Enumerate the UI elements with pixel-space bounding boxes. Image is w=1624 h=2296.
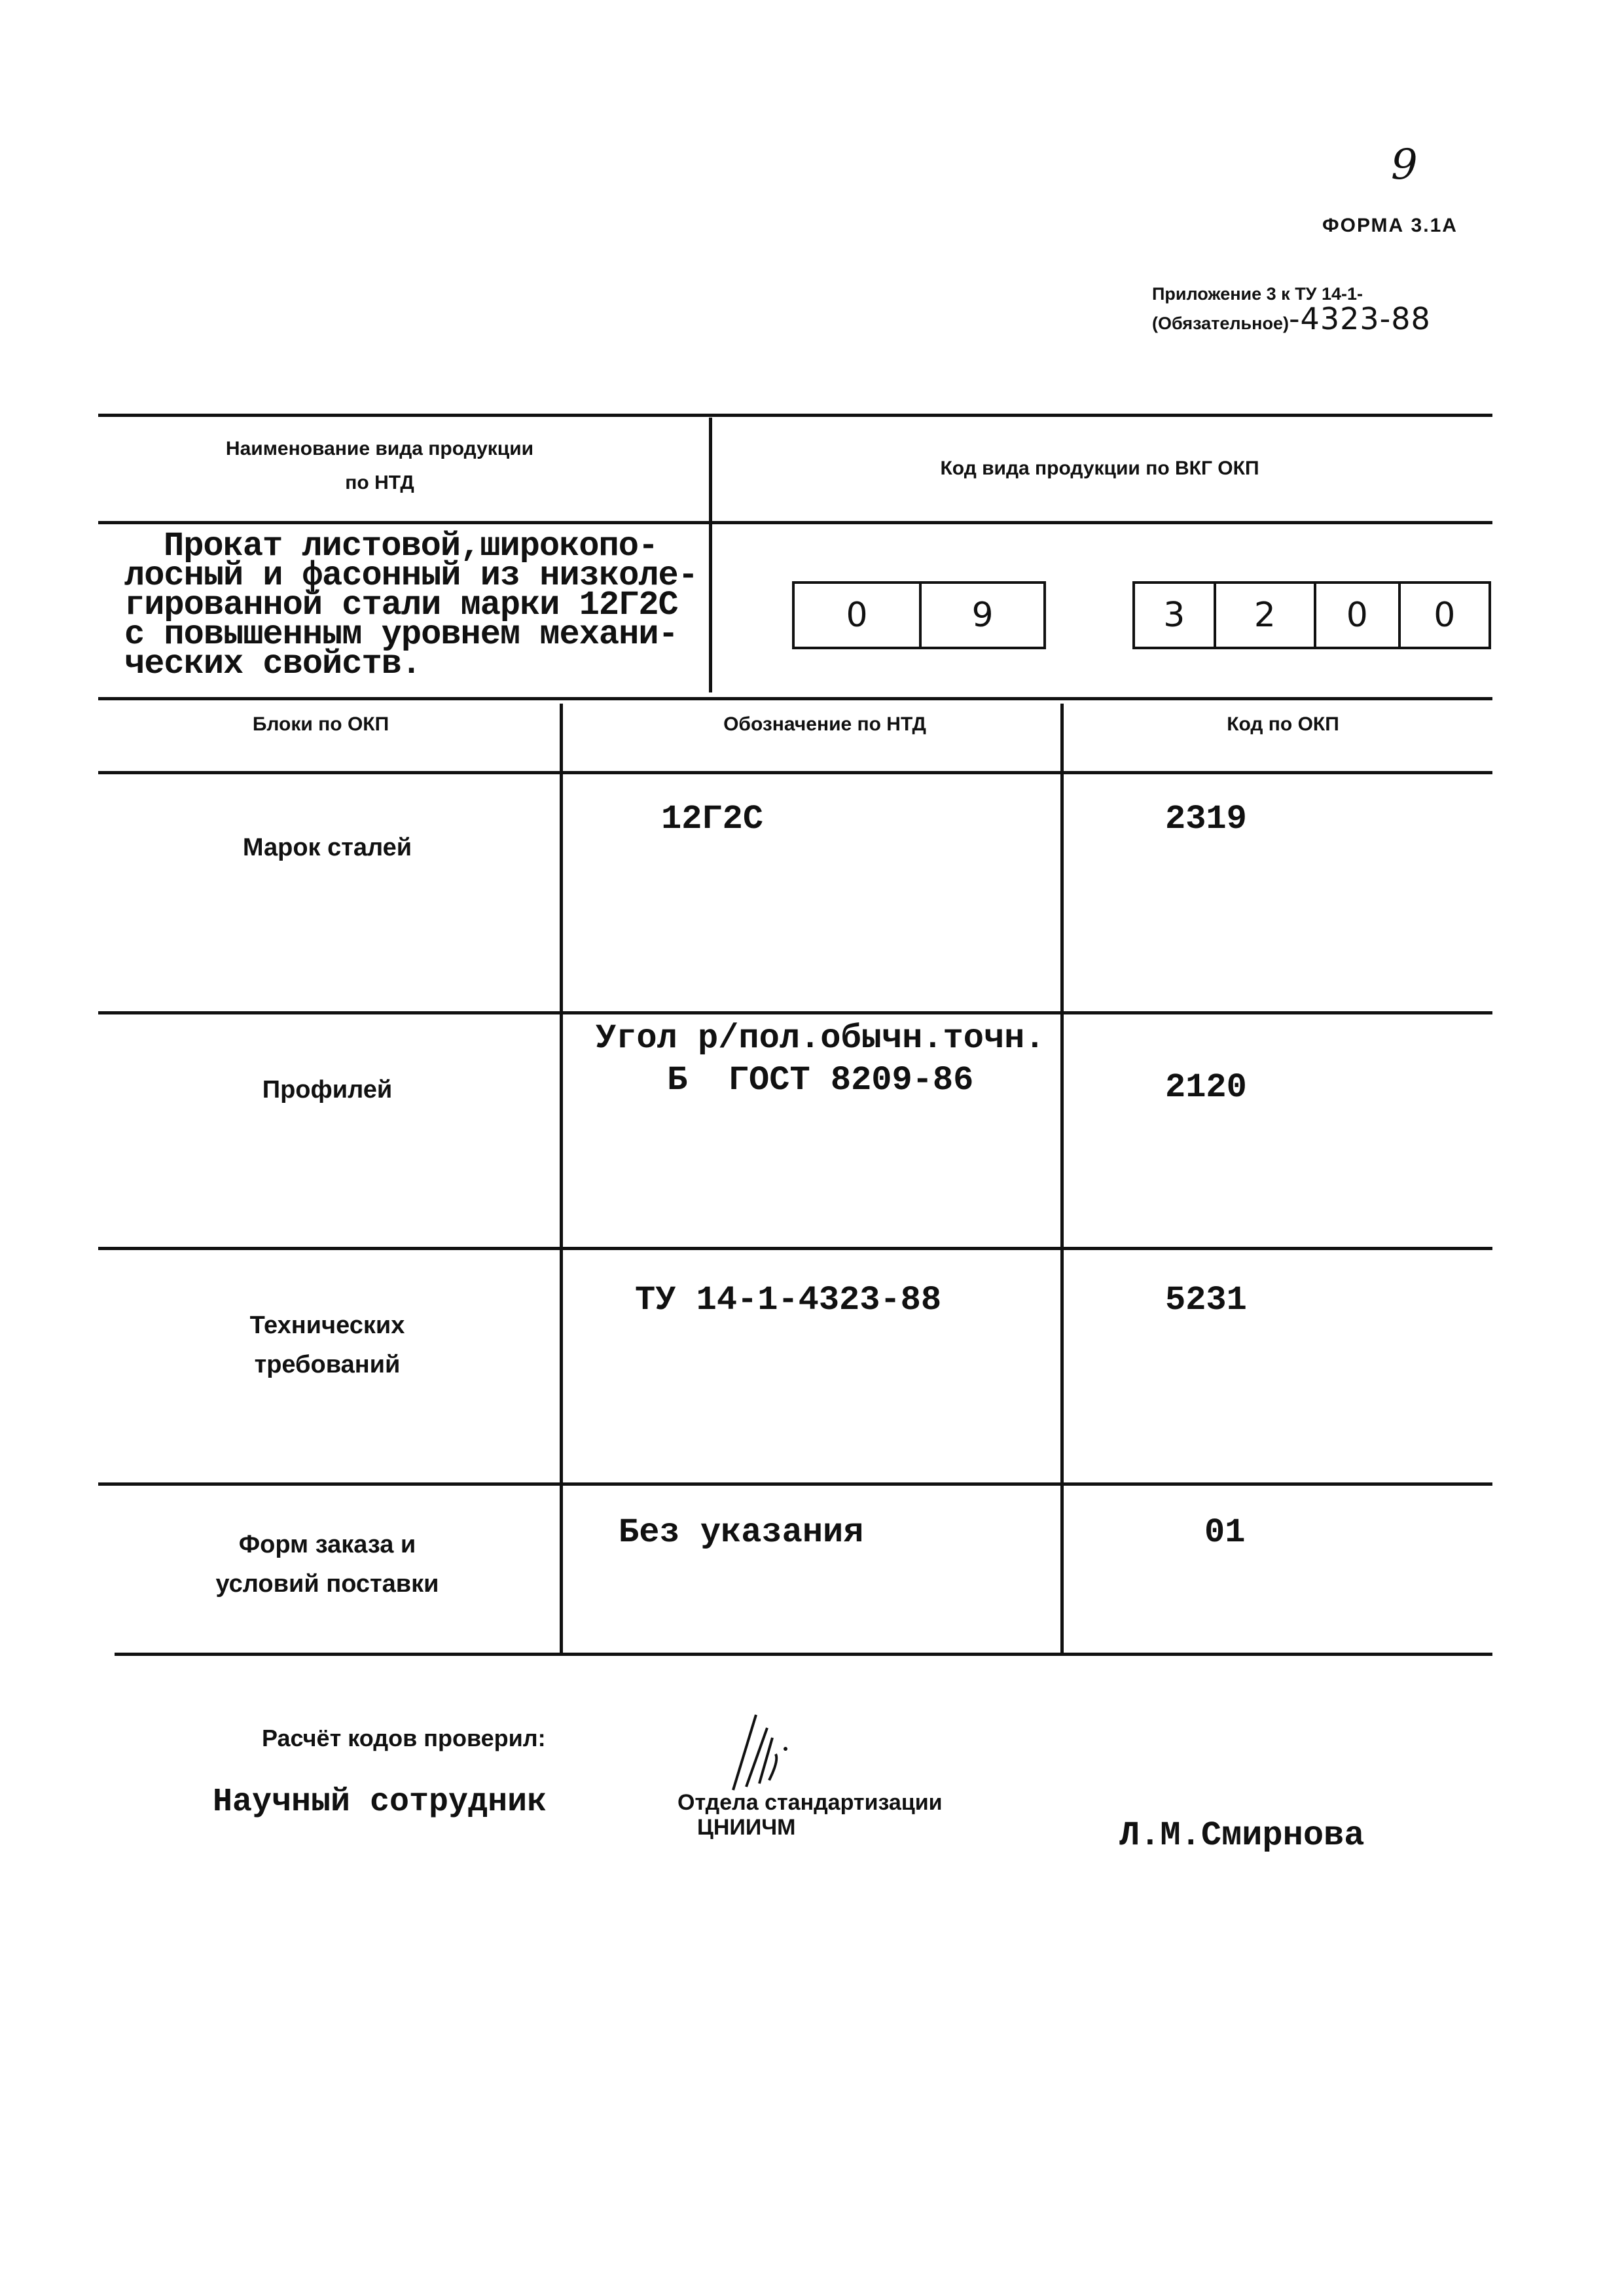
appendix-reference: Приложение 3 к ТУ 14-1- (Обязательное)-4… [1152, 281, 1431, 336]
column-divider-1 [560, 704, 563, 1656]
code-profile: 2120 [1165, 1067, 1247, 1109]
code-group-2: 3 2 0 0 [1132, 581, 1491, 649]
page-number: 9 [1391, 141, 1418, 189]
code-digit: 0 [1316, 584, 1401, 647]
table-bottom-border [115, 1653, 1492, 1656]
column-header-blocks: Блоки по ОКП [124, 713, 517, 736]
product-name-header: Наименование вида продукции по НТД [131, 432, 628, 500]
product-column-divider [709, 418, 712, 692]
spec-number: -4323-88 [1289, 301, 1431, 336]
appendix-line-2: (Обязательное)-4323-88 [1152, 306, 1431, 336]
code-steel-grade: 2319 [1165, 798, 1247, 840]
product-header-divider [98, 521, 1492, 524]
column-divider-2 [1060, 704, 1064, 1656]
code-digit: 9 [922, 584, 1043, 647]
column-header-code: Код по ОКП [1087, 713, 1479, 736]
block-label-steel-grades: Марок сталей [124, 828, 530, 867]
row-divider [98, 1482, 1492, 1486]
column-header-designation: Обозначение по НТД [628, 713, 1021, 736]
designation-steel-grade: 12Г2С [661, 798, 763, 840]
signer-position: Научный сотрудник [213, 1784, 547, 1821]
product-code-header: Код вида продукции по ВКГ ОКП [713, 452, 1486, 486]
code-digit: 0 [1401, 584, 1489, 647]
code-order-forms: 01 [1204, 1512, 1245, 1554]
block-label-technical-requirements: Технических требований [124, 1306, 530, 1384]
department: Отдела стандартизации ЦНИИЧМ [677, 1790, 943, 1840]
signatory-name: Л.М.Смирнова [1119, 1816, 1364, 1855]
designation-technical-requirements: ТУ 14-1-4323-88 [635, 1280, 941, 1321]
signature-icon [707, 1708, 851, 1793]
code-technical-requirements: 5231 [1165, 1280, 1247, 1321]
blocks-header-divider [98, 771, 1492, 774]
row-divider [98, 1011, 1492, 1014]
block-label-profiles: Профилей [124, 1070, 530, 1109]
designation-order-forms: Без указания [619, 1512, 863, 1554]
block-label-order-forms: Форм заказа и условий поставки [124, 1525, 530, 1604]
code-group-1: 0 9 [792, 581, 1046, 649]
code-digit: 2 [1216, 584, 1316, 647]
row-divider [98, 1247, 1492, 1250]
code-digit: 0 [795, 584, 922, 647]
table-top-border [98, 414, 1492, 417]
form-label: ФОРМА 3.1А [1322, 215, 1458, 237]
code-digit: 3 [1135, 584, 1216, 647]
product-bottom-border [98, 697, 1492, 700]
checked-by-label: Расчёт кодов проверил: [262, 1725, 546, 1752]
product-name: Прокат листовой,широкопо- лосный и фасон… [124, 531, 698, 679]
designation-profile: Угол р/пол.обычн.точн. Б ГОСТ 8209-86 [596, 1018, 1045, 1102]
